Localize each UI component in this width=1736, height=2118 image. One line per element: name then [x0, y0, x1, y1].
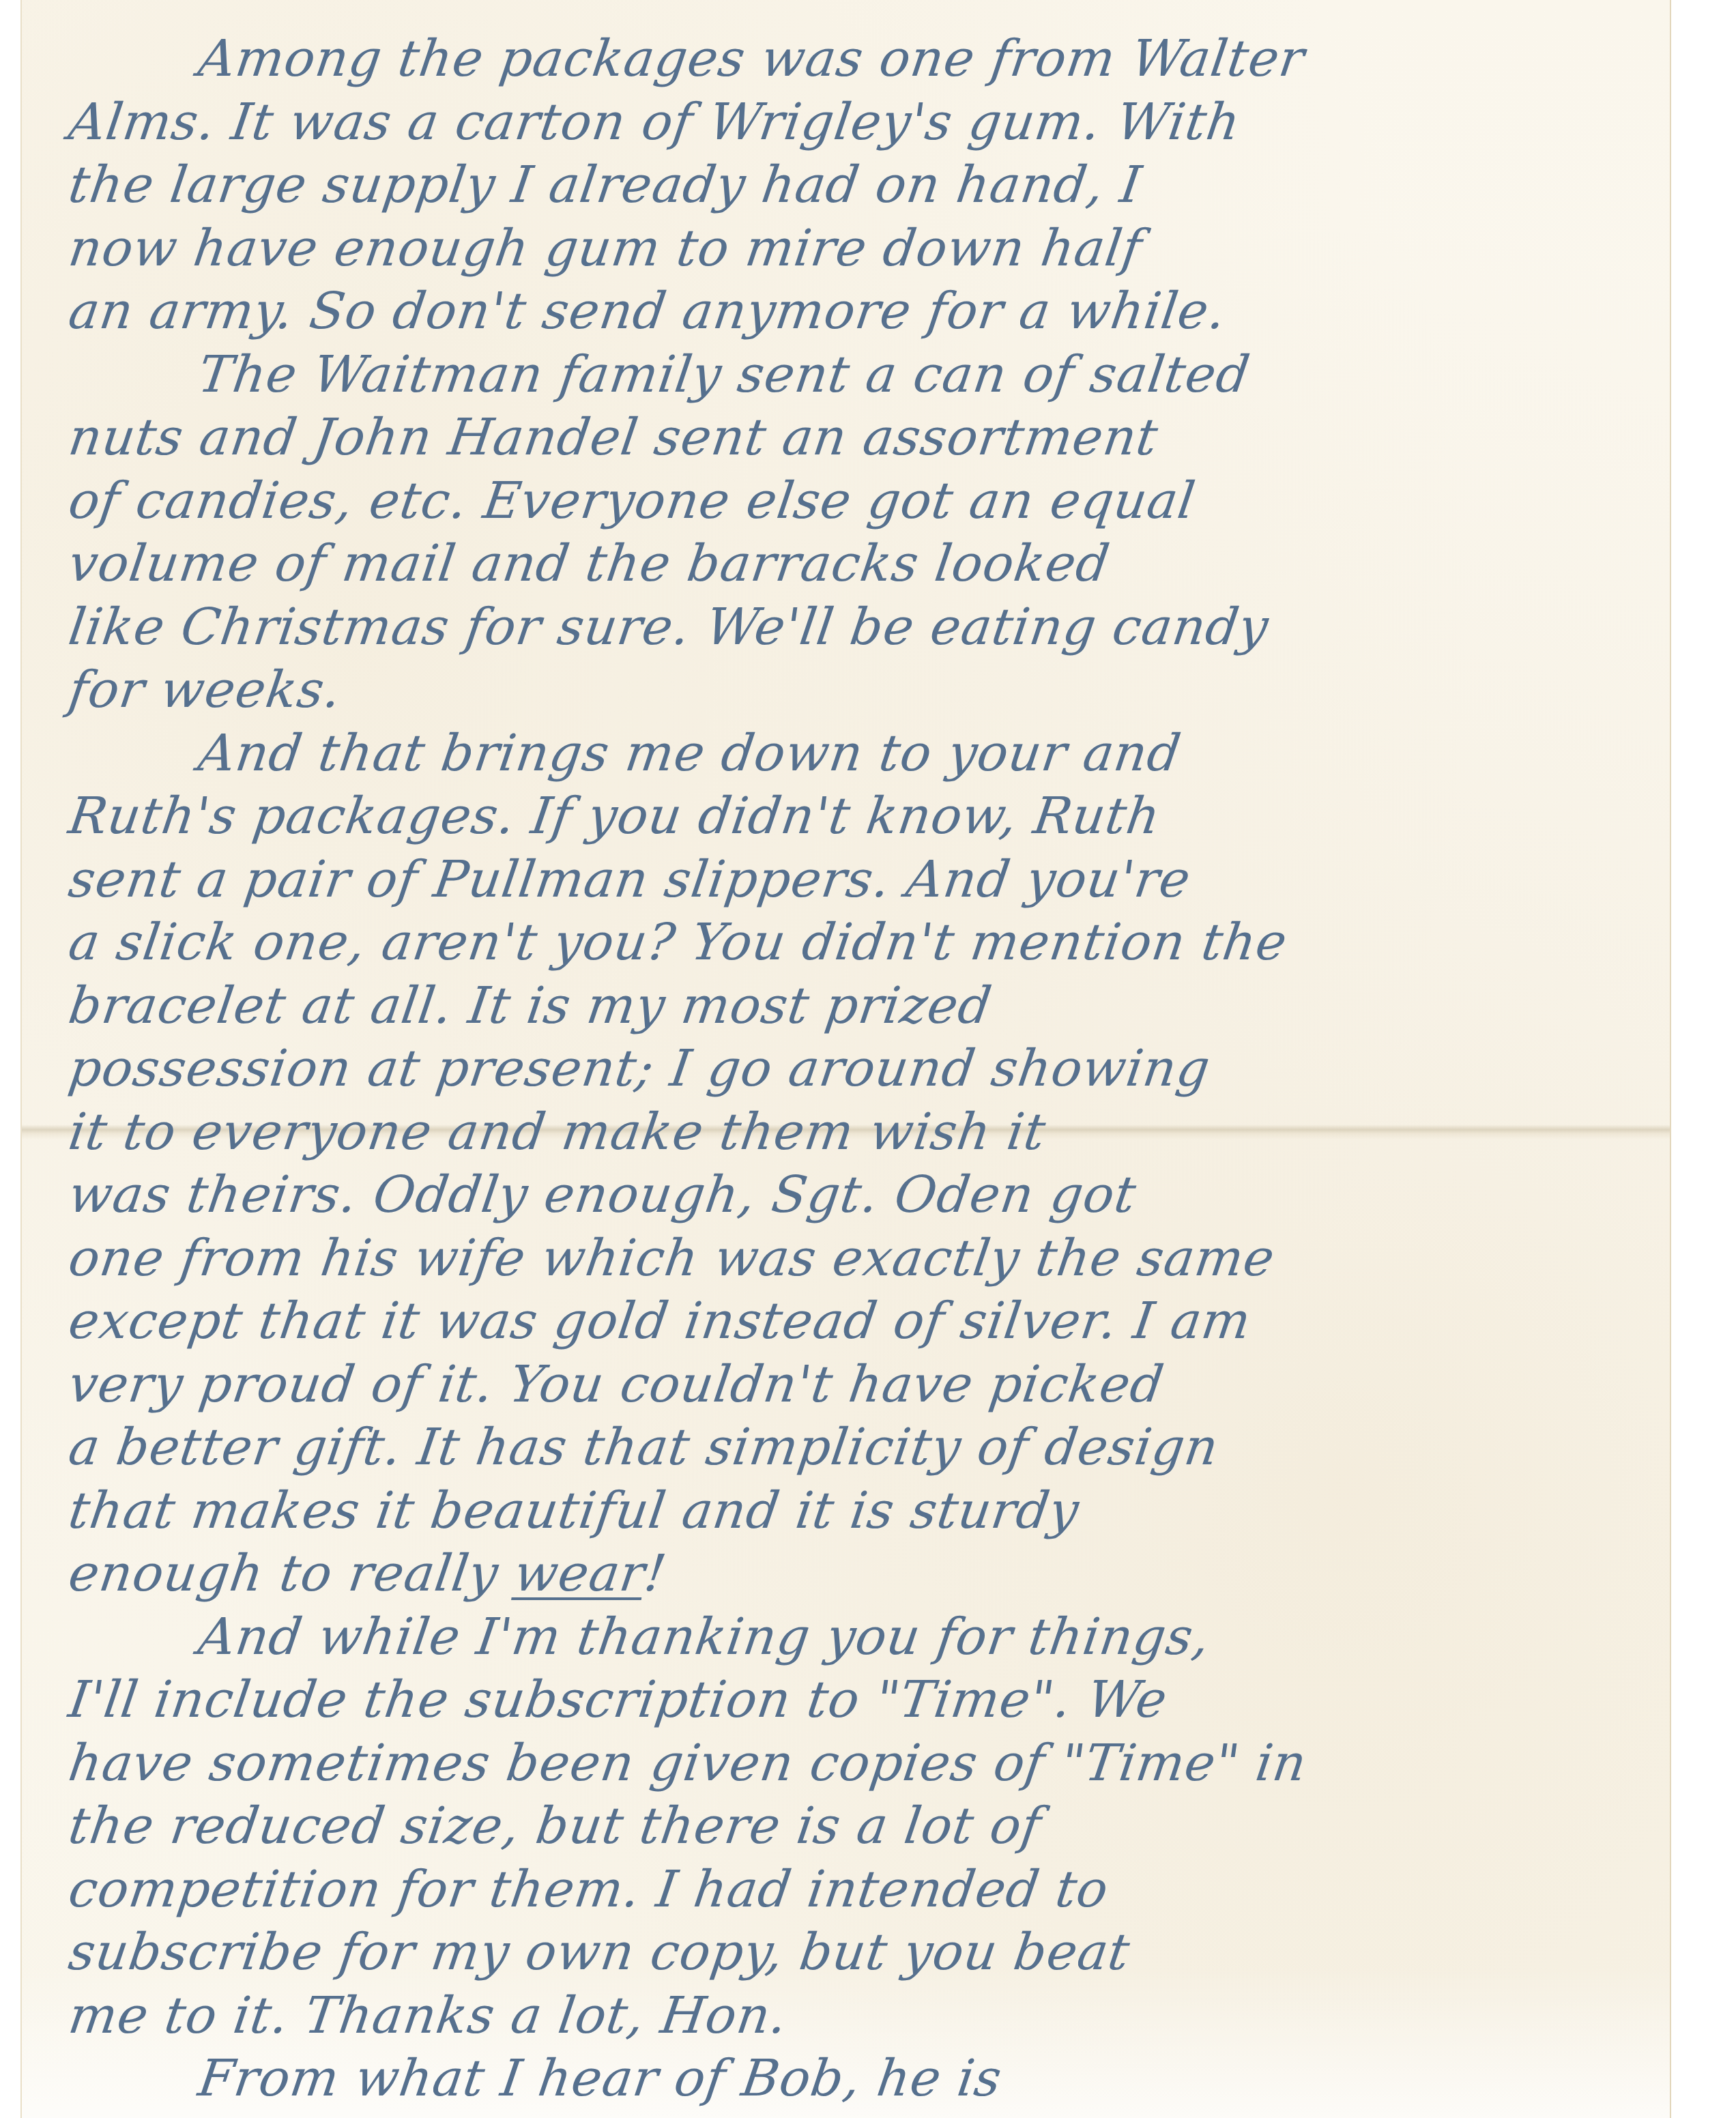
- letter-line: Alms. It was a carton of Wrigley's gum. …: [65, 91, 1643, 154]
- letter-line: me to it. Thanks a lot, Hon.: [65, 1984, 1643, 2048]
- letter-line: the reduced size, but there is a lot of: [65, 1795, 1643, 1858]
- letter-line: I'll include the subscription to "Time".…: [65, 1668, 1643, 1732]
- letter-line: it to everyone and make them wish it: [65, 1101, 1643, 1164]
- letter-line: that makes it beautiful and it is sturdy: [65, 1479, 1643, 1543]
- letter-line: subscribe for my own copy, but you beat: [65, 1921, 1643, 1984]
- handwritten-letter-body: Among the packages was one from WalterAl…: [65, 27, 1634, 2110]
- letter-line: one from his wife which was exactly the …: [65, 1227, 1643, 1290]
- letter-line: volume of mail and the barracks looked: [65, 532, 1643, 596]
- letter-line: very proud of it. You couldn't have pick…: [65, 1353, 1643, 1417]
- underlined-word: wear: [510, 1544, 649, 1603]
- letter-line: And while I'm thanking you for things,: [65, 1606, 1643, 1669]
- letter-line: possession at present; I go around showi…: [65, 1037, 1643, 1101]
- letter-line: for weeks.: [65, 658, 1643, 722]
- letter-line: nuts and John Handel sent an assortment: [65, 406, 1643, 469]
- letter-line: except that it was gold instead of silve…: [65, 1290, 1643, 1353]
- letter-line: Among the packages was one from Walter: [65, 27, 1643, 91]
- letter-line: The Waitman family sent a can of salted: [65, 343, 1643, 407]
- letter-line: was theirs. Oddly enough, Sgt. Oden got: [65, 1163, 1643, 1227]
- letter-line: Ruth's packages. If you didn't know, Rut…: [65, 785, 1643, 848]
- letter-line: a slick one, aren't you? You didn't ment…: [65, 911, 1643, 974]
- letter-line: have sometimes been given copies of "Tim…: [65, 1732, 1643, 1795]
- letter-line: like Christmas for sure. We'll be eating…: [65, 596, 1643, 659]
- letter-line: sent a pair of Pullman slippers. And you…: [65, 848, 1643, 912]
- letter-line: bracelet at all. It is my most prized: [65, 974, 1643, 1038]
- letter-line: of candies, etc. Everyone else got an eq…: [65, 469, 1643, 533]
- letter-line: the large supply I already had on hand, …: [65, 154, 1643, 217]
- letter-line: From what I hear of Bob, he is: [65, 2047, 1643, 2110]
- letter-line: now have enough gum to mire down half: [65, 217, 1643, 280]
- letter-line: enough to really wear!: [65, 1542, 1643, 1606]
- letter-line: a better gift. It has that simplicity of…: [65, 1416, 1643, 1479]
- letter-line: And that brings me down to your and: [65, 722, 1643, 785]
- letter-line: competition for them. I had intended to: [65, 1858, 1643, 1921]
- letter-line: an army. So don't send anymore for a whi…: [65, 280, 1643, 343]
- letter-text: enough to really: [65, 1544, 519, 1603]
